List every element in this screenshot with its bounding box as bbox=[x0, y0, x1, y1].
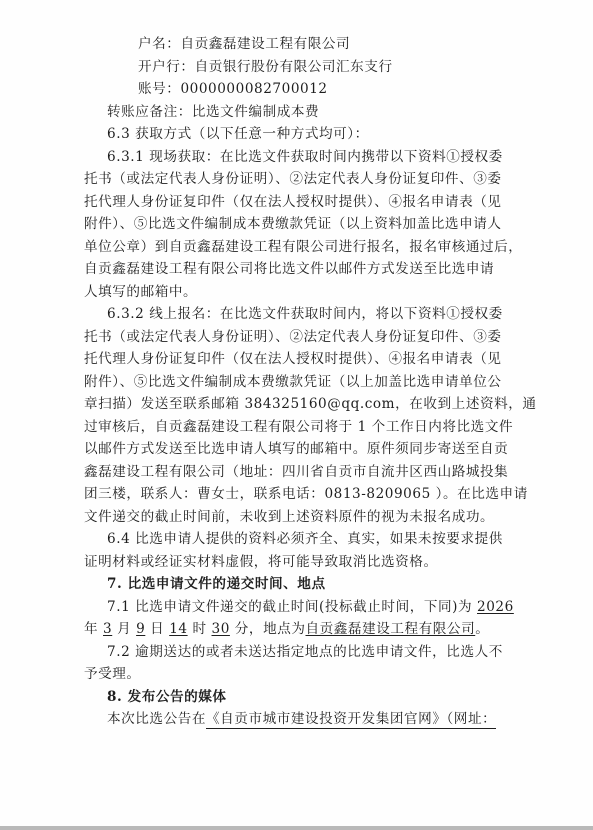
deadline-end: 。 bbox=[475, 621, 489, 637]
deadline-month-suffix: 月 bbox=[112, 621, 136, 637]
account-bank-value: 自贡银行股份有限公司汇东支行 bbox=[195, 59, 393, 75]
document-content: 户名：自贡鑫磊建设工程有限公司 开户行：自贡银行股份有限公司汇东支行 账号：00… bbox=[84, 33, 500, 731]
text-line: 附件）、⑤比选文件编制成本费缴款凭证（以上资料加盖比选申请人 bbox=[84, 213, 500, 236]
text-line: 自贡鑫磊建设工程有限公司将比选文件以邮件方式发送至比选申请 bbox=[84, 258, 500, 281]
section-6-3-heading: 6.3 获取方式（以下任意一种方式均可）： bbox=[84, 123, 500, 146]
text-line: 托代理人身份证复印件（仅在法人授权时提供）、④报名申请表（见 bbox=[84, 348, 500, 371]
text-line-with-contact: 团三楼，联系人：曹女士，联系电话：0813-8209065 ）。在比选申请 bbox=[84, 483, 500, 506]
section-7-2: 7.2 逾期送达的或者未送达指定地点的比选申请文件，比选人不 予受理。 bbox=[84, 641, 500, 686]
deadline-year-suffix: 年 bbox=[84, 621, 103, 637]
deadline-prefix: 7.1 比选申请文件递交的截止时间(投标截止时间，下同)为 bbox=[107, 599, 477, 615]
deadline-location: 自贡鑫磊建设工程有限公司 bbox=[306, 621, 476, 637]
deadline-hour-suffix: 时 bbox=[188, 621, 212, 637]
deadline-day-suffix: 日 bbox=[145, 621, 169, 637]
text-line: 以邮件方式发送至比选申请人填写的邮箱中。原件须同步寄送至自贡 bbox=[84, 438, 500, 461]
section-6-3-1: 6.3.1 现场获取：在比选文件获取时间内携带以下资料①授权委 托书（或法定代表… bbox=[84, 146, 500, 304]
deadline-day: 9 bbox=[136, 621, 145, 637]
text-line: 7.2 逾期送达的或者未送达指定地点的比选申请文件，比选人不 bbox=[84, 641, 500, 664]
text-line: 6.3.1 现场获取：在比选文件获取时间内携带以下资料①授权委 bbox=[84, 146, 500, 169]
text-line: 托书（或法定代表人身份证明）、②法定代表人身份证复印件、③委 bbox=[84, 168, 500, 191]
section-6-4: 6.4 比选申请人提供的资料必须齐全、真实，如果未按要求提供 证明材料或经证实材… bbox=[84, 528, 500, 573]
deadline-minute: 30 bbox=[212, 621, 230, 637]
text-line-with-email: 章扫描）发送至联系邮箱 384325160@qq.com，在收到上述资料，通 bbox=[84, 393, 500, 416]
text-line: 过审核后，自贡鑫磊建设工程有限公司将于 1 个工作日内将比选文件 bbox=[84, 416, 500, 439]
section-7-heading: 7. 比选申请文件的递交时间、地点 bbox=[84, 573, 500, 596]
account-bank-label: 开户行： bbox=[138, 59, 195, 75]
account-number-label: 账号： bbox=[138, 81, 180, 97]
account-number-value: 0000000082700012 bbox=[180, 81, 327, 97]
section-8-line: 本次比选公告在《自贡市城市建设投资开发集团官网》（网址： bbox=[84, 708, 500, 731]
text-line: 托书（或法定代表人身份证明）、②法定代表人身份证复印件、③委 bbox=[84, 326, 500, 349]
account-name-value: 自贡鑫磊建设工程有限公司 bbox=[180, 36, 350, 52]
account-number-line: 账号：0000000082700012 bbox=[84, 78, 500, 101]
account-bank-line: 开户行：自贡银行股份有限公司汇东支行 bbox=[84, 56, 500, 79]
deadline-year: 2026 bbox=[477, 599, 514, 615]
text-line: 文件递交的截止时间前，未收到上述资料原件的视为未报名成功。 bbox=[84, 506, 500, 529]
deadline-line-1: 7.1 比选申请文件递交的截止时间(投标截止时间，下同)为 2026 bbox=[84, 596, 500, 619]
document-page: 户名：自贡鑫磊建设工程有限公司 开户行：自贡银行股份有限公司汇东支行 账号：00… bbox=[0, 0, 593, 826]
media-name: 《自贡市城市建设投资开发集团官网》（网址： bbox=[206, 711, 496, 729]
section-7-1: 7.1 比选申请文件递交的截止时间(投标截止时间，下同)为 2026 年 3 月… bbox=[84, 596, 500, 641]
text-line: 予受理。 bbox=[84, 663, 500, 686]
account-name-label: 户名： bbox=[138, 36, 180, 52]
text-line: 鑫磊建设工程有限公司（地址：四川省自贡市自流井区西山路城投集 bbox=[84, 461, 500, 484]
text-line: 6.3.2 线上报名：在比选文件获取时间内，将以下资料①授权委 bbox=[84, 303, 500, 326]
section-8-heading: 8. 发布公告的媒体 bbox=[84, 686, 500, 709]
text-line: 单位公章）到自贡鑫磊建设工程有限公司进行报名，报名审核通过后， bbox=[84, 236, 500, 259]
deadline-month: 3 bbox=[103, 621, 112, 637]
text-line: 托代理人身份证复印件（仅在法人授权时提供）、④报名申请表（见 bbox=[84, 191, 500, 214]
text-line: 附件）、⑤比选文件编制成本费缴款凭证（以上加盖比选申请单位公 bbox=[84, 371, 500, 394]
media-prefix: 本次比选公告在 bbox=[107, 711, 206, 727]
deadline-minute-suffix: 分，地点为 bbox=[230, 621, 306, 637]
text-line: 证明材料或经证实材料虚假，将可能导致取消比选资格。 bbox=[84, 551, 500, 574]
account-name-line: 户名：自贡鑫磊建设工程有限公司 bbox=[84, 33, 500, 56]
page-bottom-edge bbox=[0, 826, 593, 830]
transfer-note: 转账应备注：比选文件编制成本费 bbox=[84, 101, 500, 124]
deadline-hour: 14 bbox=[169, 621, 187, 637]
section-6-3-2: 6.3.2 线上报名：在比选文件获取时间内，将以下资料①授权委 托书（或法定代表… bbox=[84, 303, 500, 528]
text-line: 人填写的邮箱中。 bbox=[84, 281, 500, 304]
text-line: 6.4 比选申请人提供的资料必须齐全、真实，如果未按要求提供 bbox=[84, 528, 500, 551]
deadline-line-2: 年 3 月 9 日 14 时 30 分，地点为自贡鑫磊建设工程有限公司。 bbox=[84, 618, 500, 641]
